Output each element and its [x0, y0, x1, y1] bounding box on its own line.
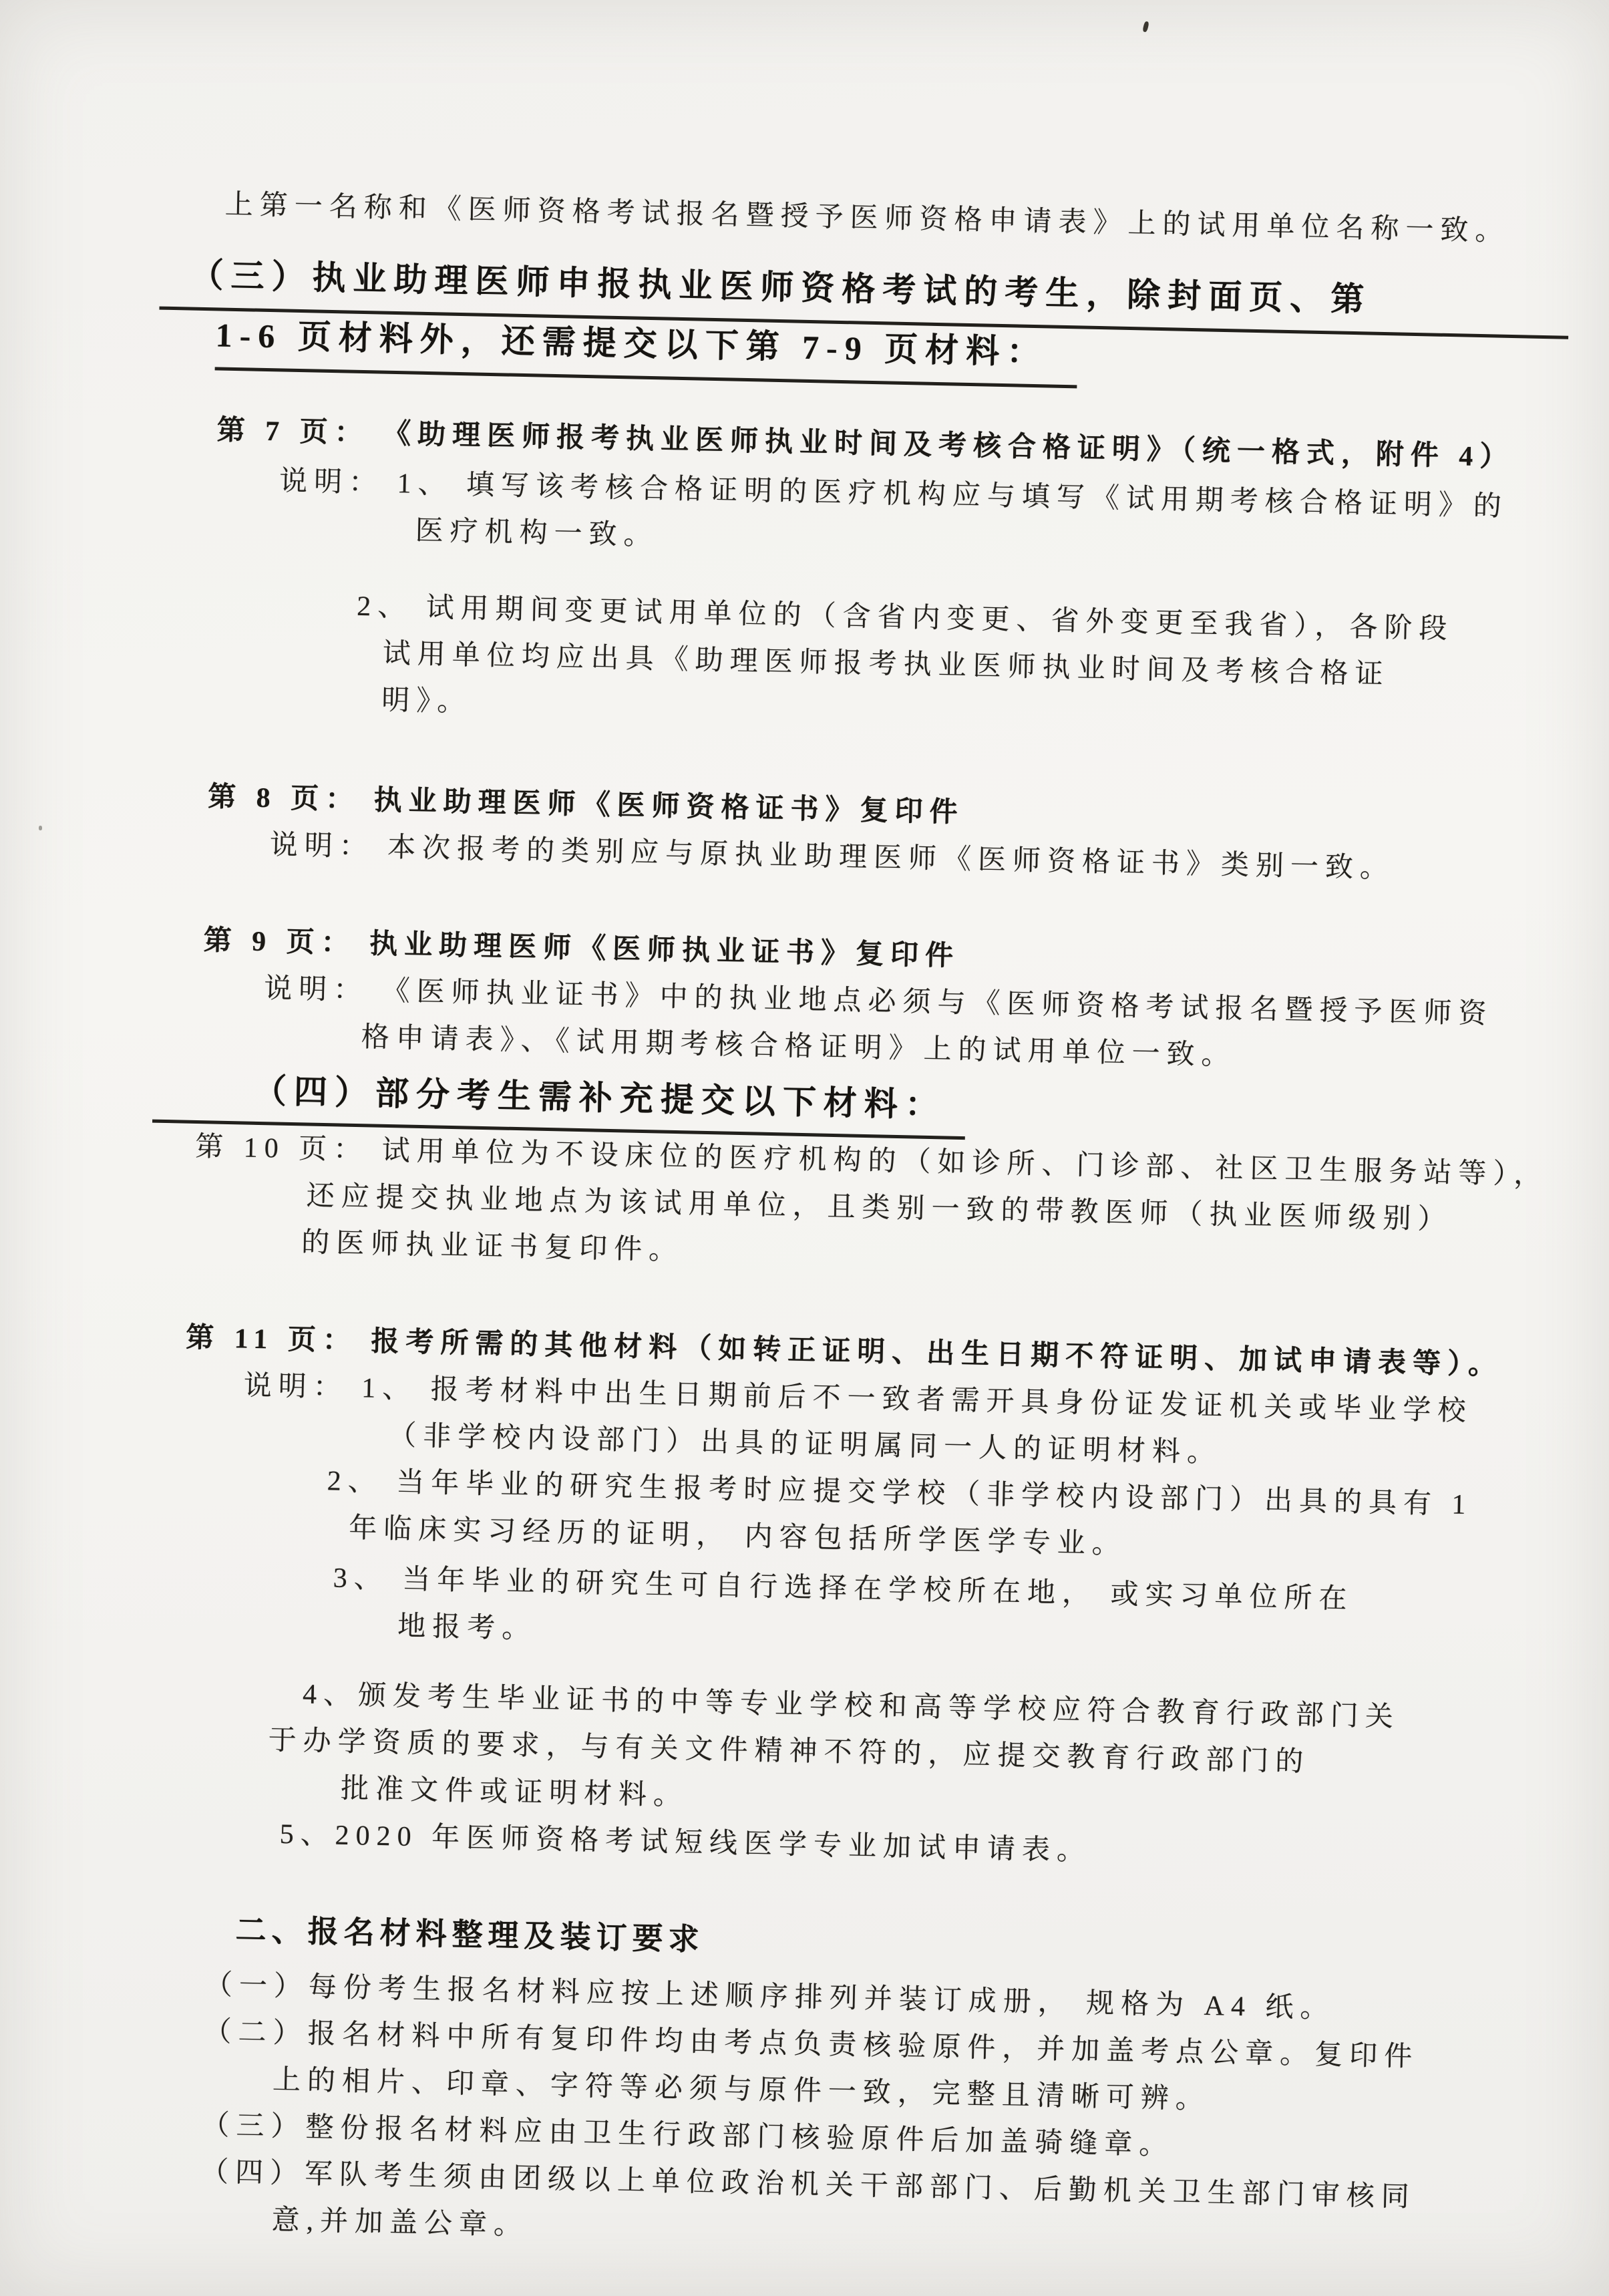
document-page: 上第一名称和《医师资格考试报名暨授予医师资格申请表》上的试用单位名称一致。（三）… [159, 181, 1571, 2270]
scan-speck [39, 826, 42, 830]
